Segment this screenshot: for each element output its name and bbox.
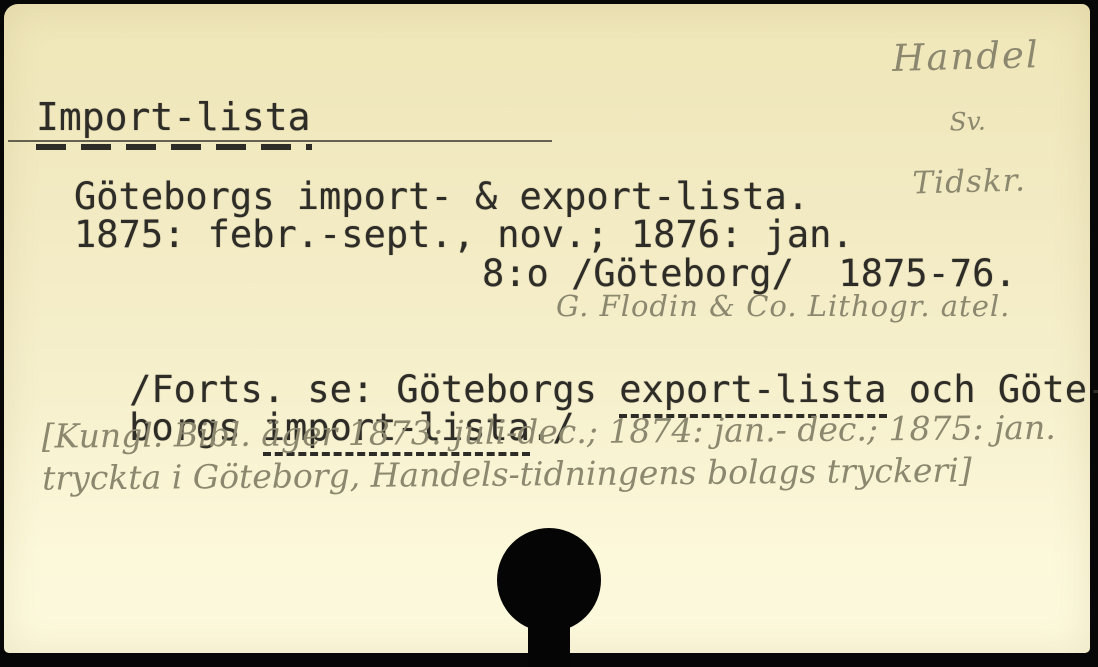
title-typed-underscores xyxy=(36,144,312,150)
title-rule-line xyxy=(8,140,552,142)
subject-heading-line: Tidskr. xyxy=(881,165,1057,201)
body-line-2: 1875: febr.-sept., nov.; 1876: jan. xyxy=(74,216,854,253)
holdings-note-line-1: [Kungl. Bibl. äger 1873: juli-dec.; 1874… xyxy=(42,411,1056,453)
subject-heading-note: Handel Sv. Tidskr. xyxy=(877,4,1058,233)
continuation-text: och Göte- xyxy=(887,368,1098,411)
subject-heading-line: Sv. xyxy=(880,107,1056,137)
holdings-note-line-2: tryckta i Göteborg, Handels-tidningens b… xyxy=(42,454,972,495)
punch-hole-slot xyxy=(528,610,570,667)
scanned-catalog-card-page: Handel Sv. Tidskr. Import-lista Göteborg… xyxy=(0,0,1098,667)
printer-note: G. Flodin & Co. Lithogr. atel. xyxy=(556,292,1010,321)
subject-heading-line: Handel xyxy=(878,36,1054,78)
body-line-1: Göteborgs import- & export-lista. xyxy=(74,178,809,215)
card-title: Import-lista xyxy=(36,98,311,136)
body-line-3: 8:o /Göteborg/ 1875-76. xyxy=(482,255,1017,292)
